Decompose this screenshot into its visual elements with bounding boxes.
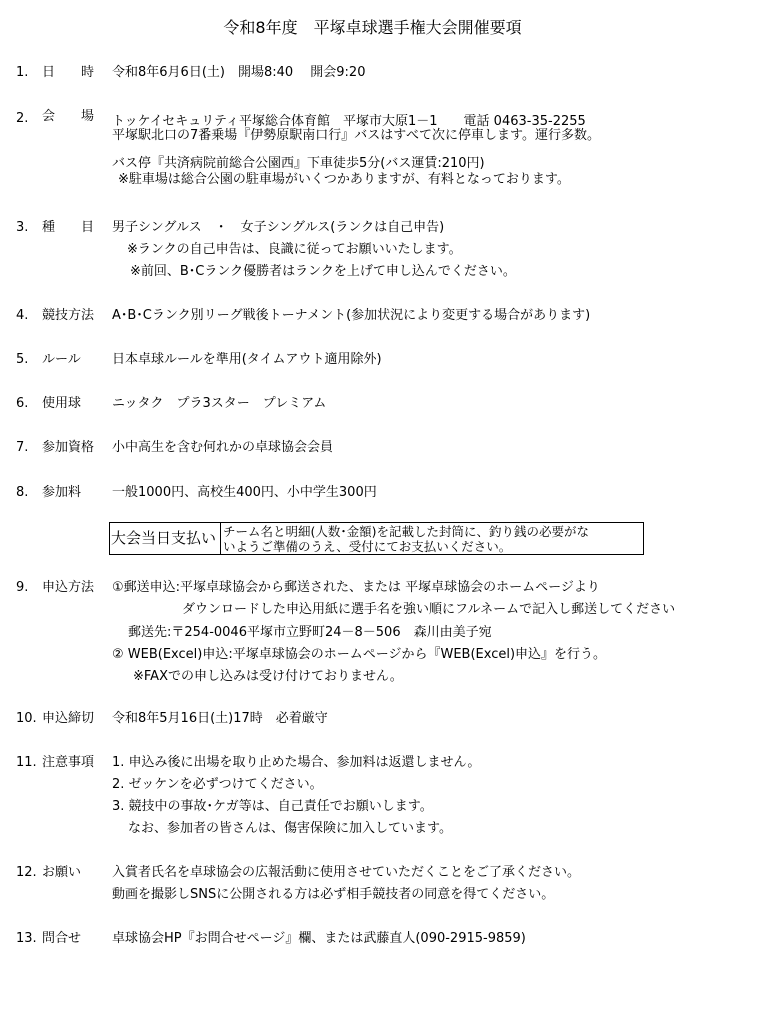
- section-label-event: 種 目: [42, 221, 94, 234]
- section-value-date: 令和8年6月6日(土) 開場8:40 開会9:20: [112, 66, 365, 79]
- section-label-rules: ルール: [42, 353, 81, 366]
- section-number: 8.: [16, 486, 28, 499]
- section-label-fee: 参加料: [42, 486, 81, 499]
- notes-line: 1. 申込み後に出場を取り止めた場合、参加料は返還しません。: [112, 756, 480, 769]
- section-number: 3.: [16, 221, 28, 234]
- section-label-venue: 会 場: [42, 110, 94, 123]
- section-number: 13.: [16, 932, 37, 945]
- request-line: 入賞者氏名を卓球協会の広報活動に使用させていただくことをご了承ください。: [112, 866, 580, 879]
- format-line: A･B･Cランク別リーグ戦後トーナメント(参加状況により変更する場合があります): [112, 309, 590, 322]
- notes-line: 3. 競技中の事故･ケガ等は、自己責任でお願いします。: [112, 800, 433, 813]
- fee-line: 一般1000円、高校生400円、小中学生300円: [112, 486, 377, 499]
- payment-box: 大会当日支払い チーム名と明細(人数･金額)を記載した封筒に、釣り銭の必要がな …: [109, 522, 644, 555]
- section-label-deadline: 申込締切: [42, 712, 94, 725]
- section-label-eligibility: 参加資格: [42, 441, 94, 454]
- payment-box-line: チーム名と明細(人数･金額)を記載した封筒に、釣り銭の必要がな: [223, 524, 641, 539]
- section-number: 2.: [16, 112, 28, 125]
- section-number: 11.: [16, 756, 37, 769]
- application-line: ② WEB(Excel)申込:平塚卓球協会のホームページから『WEB(Excel…: [112, 648, 606, 661]
- venue-line: バス停『共済病院前総合公園西』下車徒歩5分(バス運賃:210円): [112, 157, 485, 170]
- section-label-contact: 問合せ: [42, 932, 81, 945]
- section-number: 5.: [16, 353, 28, 366]
- deadline-line: 令和8年5月16日(土)17時 必着厳守: [112, 712, 328, 725]
- application-line: ダウンロードした申込用紙に選手名を強い順にフルネームで記入し郵送してください: [182, 603, 675, 616]
- ball-line: ニッタク プラ3スター プレミアム: [112, 397, 326, 410]
- section-number: 7.: [16, 441, 28, 454]
- section-label-date: 日 時: [42, 66, 94, 79]
- rules-line: 日本卓球ルールを準用(タイムアウト適用除外): [112, 353, 382, 366]
- section-number: 10.: [16, 712, 37, 725]
- event-line: 男子シングルス ・ 女子シングルス(ランクは自己申告): [112, 221, 444, 234]
- venue-line: ※駐車場は総合公園の駐車場がいくつかありますが、有料となっております。: [118, 173, 570, 186]
- notes-line: 2. ゼッケンを必ずつけてください。: [112, 778, 323, 791]
- venue-line: 平塚駅北口の7番乗場『伊勢原駅南口行』バスはすべて次に停車します。運行多数。: [112, 129, 600, 142]
- event-line: ※ランクの自己申告は、良識に従ってお願いいたします。: [127, 243, 462, 256]
- payment-box-line: いようご準備のうえ、受付にてお支払いください。: [223, 539, 641, 554]
- section-label-notes: 注意事項: [42, 756, 94, 769]
- venue-line: トッケイセキュリティ平塚総合体育館 平塚市大原1－1 電話 0463-35-22…: [112, 115, 586, 128]
- section-number: 1.: [16, 66, 28, 79]
- section-number: 6.: [16, 397, 28, 410]
- document-title: 令和8年度 平塚卓球選手権大会開催要項: [0, 20, 745, 36]
- section-label-application: 申込方法: [42, 581, 94, 594]
- payment-box-heading: 大会当日支払い: [110, 523, 221, 554]
- application-line: ※FAXでの申し込みは受け付けておりません。: [133, 670, 403, 683]
- section-label-ball: 使用球: [42, 397, 81, 410]
- notes-line: なお、参加者の皆さんは、傷害保険に加入しています。: [128, 822, 452, 835]
- payment-box-body: チーム名と明細(人数･金額)を記載した封筒に、釣り銭の必要がな いようご準備のう…: [221, 523, 643, 554]
- request-line: 動画を撮影しSNSに公開される方は必ず相手競技者の同意を得てください。: [112, 888, 554, 901]
- section-number: 9.: [16, 581, 28, 594]
- application-line: 郵送先:〒254-0046平塚市立野町24－8－506 森川由美子宛: [128, 626, 492, 639]
- application-line: ①郵送申込:平塚卓球協会から郵送された、または 平塚卓球協会のホームページより: [112, 581, 600, 594]
- contact-line: 卓球協会HP『お問合せページ』欄、または武藤直人(090-2915-9859): [112, 932, 526, 945]
- section-number: 12.: [16, 866, 37, 879]
- eligibility-line: 小中高生を含む何れかの卓球協会会員: [112, 441, 333, 454]
- section-label-request: お願い: [42, 866, 81, 879]
- event-line: ※前回、B･Cランク優勝者はランクを上げて申し込んでください。: [130, 265, 516, 278]
- section-label-format: 競技方法: [42, 309, 94, 322]
- section-number: 4.: [16, 309, 28, 322]
